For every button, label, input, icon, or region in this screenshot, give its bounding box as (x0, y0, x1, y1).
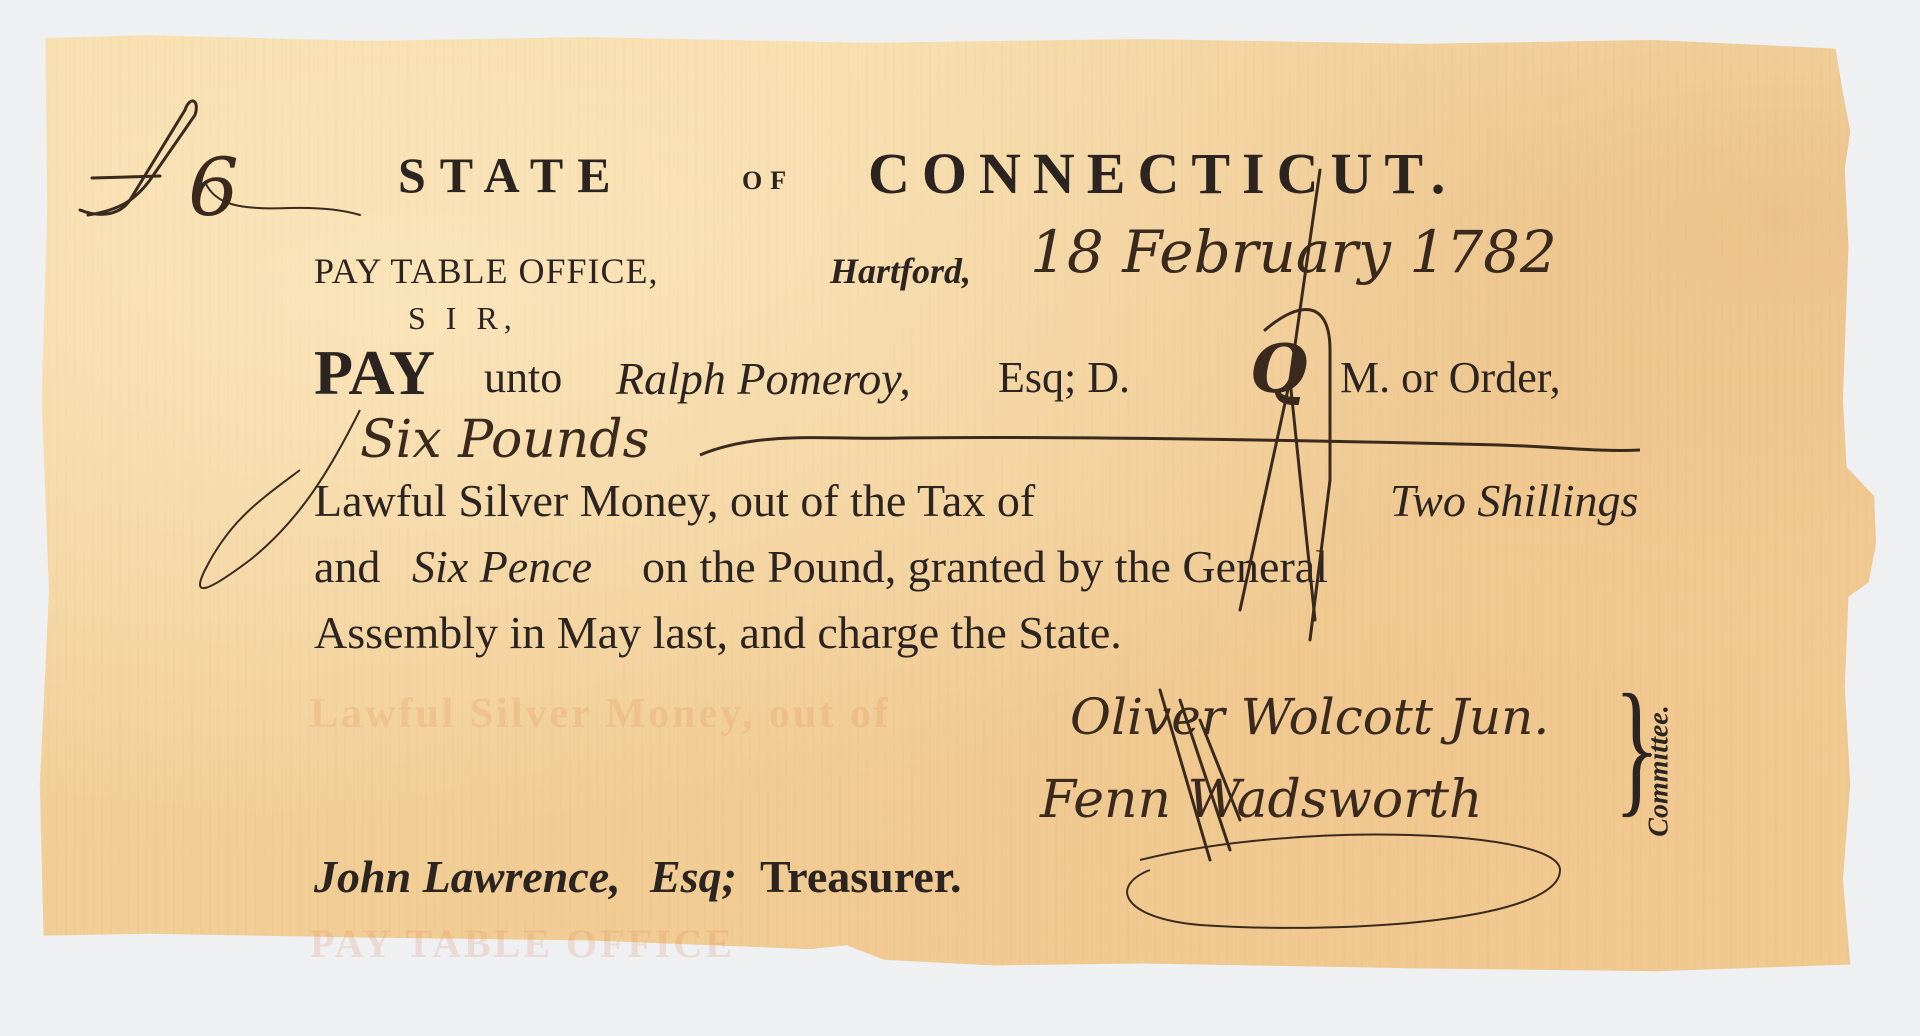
body-line-1: Lawful Silver Money, out of the Tax of (314, 474, 1035, 527)
pay-unto: unto (484, 352, 562, 403)
body-line-3: Assembly in May last, and charge the Sta… (314, 606, 1122, 659)
payee-title: Esq; D. (998, 352, 1130, 403)
amount-handwritten: Six Pounds (360, 410, 649, 470)
salutation: S I R, (408, 300, 518, 337)
body-line-1-italic: Two Shillings (1390, 474, 1638, 527)
committee-label: Committee. (1644, 705, 1676, 836)
office-line: PAY TABLE OFFICE, (314, 250, 659, 292)
body-line-2-c: on the Pound, granted by the General (642, 540, 1328, 593)
bleed-through-text: PAY TABLE OFFICE (310, 920, 735, 967)
title-state: STATE (398, 146, 625, 204)
treasurer-name: John Lawrence, (314, 850, 621, 903)
treasurer-title: Treasurer. (760, 850, 961, 903)
body-line-2-a: and (314, 540, 380, 593)
payee-title-hand: Q (1250, 330, 1308, 408)
bleed-through-text: Lawful Silver Money, out of (310, 690, 891, 738)
body-line-2-italic: Six Pence (412, 540, 592, 593)
date-handwritten: 18 February 1782 (1030, 218, 1557, 286)
payee-name: Ralph Pomeroy, (616, 352, 911, 405)
pay-word: PAY (314, 336, 435, 410)
signature-1: Oliver Wolcott Jun. (1070, 688, 1549, 746)
payee-title-end: M. or Order, (1340, 352, 1561, 403)
title-connecticut: CONNECTICUT. (868, 140, 1457, 207)
city: Hartford, (830, 250, 971, 292)
treasurer-esq: Esq; (650, 850, 737, 903)
title-of: OF (742, 166, 794, 196)
signature-2: Fenn Wadsworth (1040, 770, 1482, 830)
